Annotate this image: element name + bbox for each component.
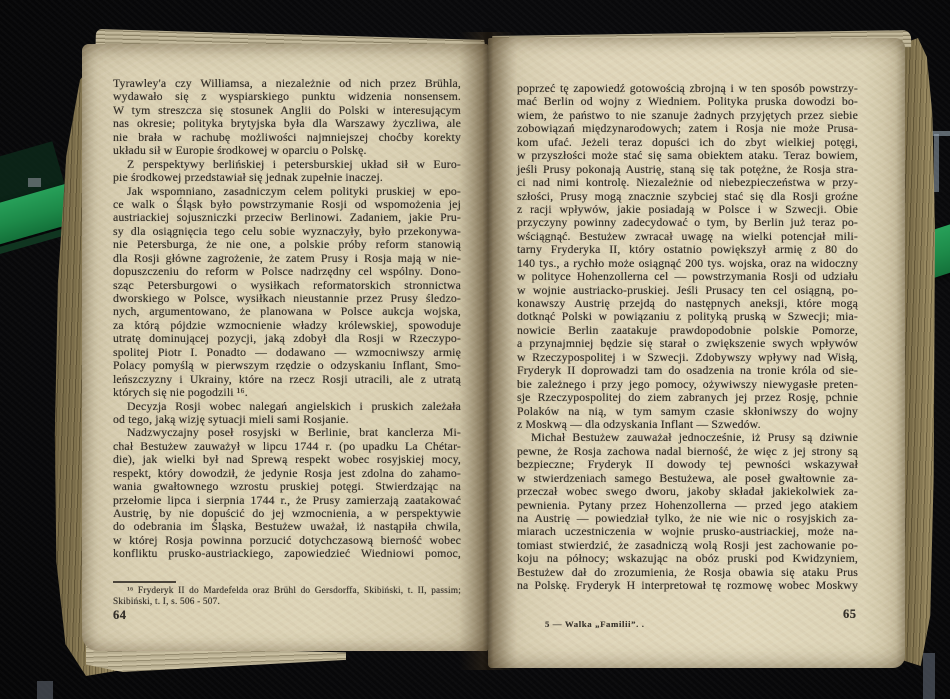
gray-frame-line-vertical [934,134,939,192]
text-line: pewne, że Rosja zachowa nadal bierność, … [517,445,858,458]
text-line: przełomie lipca i sierpnia 1744 r., że P… [113,494,461,507]
text-line: w przyszłości może stać się sama obiekte… [517,149,858,162]
text-line: pie środkowej przedstawiał się jednak zu… [113,171,461,184]
text-line: wiem, że państwo to nie szanuje żadnych … [517,109,858,122]
text-line: chał Bestużew zauważył w lipcu 1744 r. (… [113,440,461,453]
text-line: Jak wspomniano, zasadniczym celem polity… [113,185,461,198]
text-line: których się nie pogodzili ¹⁶. [113,386,461,399]
text-line: kom ufać. Jeżeli teraz dopuści ich do zb… [517,136,858,149]
text-line: pewnienia. Pytany przez Hohenzollerna — … [517,499,858,512]
text-line: w stwierdzeniach samego Bestużewa, ale p… [517,472,858,485]
text-line: W tym streszcza się stosunek Anglii do P… [113,104,461,117]
text-line: Z perspektywy berlińskiej i petersburski… [113,158,461,171]
text-line: konawszy Austrię przejdą do następnych a… [517,297,858,310]
fanned-page-edges-right [901,38,935,666]
text-line: konfliktu prusko-austriackiego, zapowied… [113,547,461,560]
text-line: bezpieczne; Fryderyk II dowody tej pewno… [517,458,858,471]
text-line: Michał Bestużew zauważał jednocześnie, i… [517,431,858,444]
page-number-right: 65 [843,607,857,622]
text-line: dworskiego w Polsce, wysiłkach nieustann… [113,292,461,305]
gray-mark-bottom-left [37,681,53,699]
page-number-left: 64 [113,608,127,623]
text-line: przeczał wobec swego dworu, jakoby skład… [517,485,858,498]
text-line: w polityce Hohenzollerna cel — powstrzym… [517,270,858,283]
text-line: tomiast stwierdzić, że zasadniczą wolą R… [517,539,858,552]
text-line: wściągnąć. Bestużew zwracał uwagę na wie… [517,230,858,243]
text-line: miarach uczestniczenia w wojnie prusko-a… [517,525,858,538]
text-line: wania gwałtownego wzrostu pruskiej potęg… [113,480,461,493]
gray-mark-left [28,178,41,187]
text-line: nych, argumentowano, że planowana w Pols… [113,305,461,318]
text-line: Skibiński, t. I, s. 506 - 507. [113,597,461,608]
text-line: za którą pójdzie wzmocnienie władzy król… [113,319,461,332]
text-line: ce walk o Śląsk było powstrzymanie Rosji… [113,198,461,211]
text-line: tarny Fryderyka II, który ostatnio powię… [517,243,858,256]
text-line: ci nad nimi kontrolę. Niezależnie od nie… [517,176,858,189]
text-line: die), jak wielki był nad Sprewą respekt … [113,453,461,466]
text-line: przyczyny powinny zadecydować o tym, by … [517,216,858,229]
text-line: Polacy pomyślą w pierwszym rzędzie o odz… [113,359,461,372]
left-page-text: Tyrawley'a czy Williamsa, a niezależnie … [113,77,461,561]
text-line: na Austrię — powiedział tylko, że nie wi… [517,512,858,525]
text-line: sje Rzeczypospolitej do ziem zabranych j… [517,391,858,404]
text-line: sząc Petersburgowi o wysiłkach reformato… [113,279,461,292]
text-line: Nadzwyczajny poseł rosyjski w Berlinie, … [113,426,461,439]
text-line: 140 tys., a rychło może osiągnąć 200 tys… [517,257,858,270]
text-line: respekt, który dowodził, że jedynie Rosj… [113,467,461,480]
text-line: nie Petersburga, że nie one, a polskie p… [113,238,461,251]
text-line: w wojnie austriacko-pruskiej. Jeśli Prus… [517,284,858,297]
text-line: dopuszczeniu do reform w Polsce nadrzędn… [113,265,461,278]
text-line: spolitej Piotr I. Ponadto — dodawano — w… [113,346,461,359]
book-photo: Tyrawley'a czy Williamsa, a niezależnie … [0,0,950,699]
text-line: mać Berlin od wojny z Wiedniem. Polityka… [517,95,858,108]
text-line: utratę dominującej pozycji, jaką zdobył … [113,332,461,345]
text-line: leńszczyzny i Ukrainy, które na rzecz Ro… [113,373,461,386]
footnote: ¹⁶ Fryderyk II do Mardefelda oraz Brühl … [113,586,461,608]
text-line: w Rzeczypospolitej i w Szwecji. Zdobywsz… [517,351,858,364]
text-line: na Polskę. Fryderyk H interpretował tę r… [517,579,858,592]
text-line: bie zależnego i przy jego pomocy, ożywiw… [517,378,858,391]
text-line: a przynajmniej będzie się starał o zwięk… [517,337,858,350]
right-page-text: poprzeć tę zapowiedź gotowością zbrojną … [517,82,858,593]
printers-signature: 5 — Walka „Familii”. . [545,619,645,629]
text-line: układu sił w Europie środkowej w oparciu… [113,144,461,157]
text-line: Bestużew dał do zrozumienia, że Rosja ob… [517,566,858,579]
footnote-rule [113,581,176,583]
text-line: nie brała w rachubę możliwości najmniejs… [113,131,461,144]
text-line: dotknąć Polski w powiązaniu z polityką p… [517,310,858,323]
text-line: Tyrawley'a czy Williamsa, a niezależnie … [113,77,461,90]
text-line: wydawało się z wyspiarskiego punktu widz… [113,90,461,103]
text-line: Decyzja Rosji wobec nalegań angielskich … [113,400,461,413]
text-line: jeśli Prusy pokonają Austrię, staną się … [517,163,858,176]
text-line: koju na północy; wskazując na obóz prusk… [517,552,858,565]
text-line: ¹⁶ Fryderyk II do Mardefelda oraz Brühl … [113,586,461,597]
text-line: poprzeć tę zapowiedź gotowością zbrojną … [517,82,858,95]
text-line: sy dla osiągnięcia tego celu sobie wyzna… [113,225,461,238]
text-line: Polaków na nią, w tym samym czasie skłon… [517,405,858,418]
text-line: zobowiązań międzynarodowych; zatem i Ros… [517,122,858,135]
text-line: nowicie Berlin zaatakuje prawdopodobnie … [517,324,858,337]
text-line: Fryderyk II doprowadzi tam do osadzenia … [517,364,858,377]
text-line: w której Rosja powinna porzucić dotychcz… [113,534,461,547]
text-line: dla Rosji główne zagrożenie, że zatem Pr… [113,252,461,265]
text-line: do odebrania im Śląska, Bestużew uważał,… [113,520,461,533]
text-line: z racji wpływów, jakie posiadają w Polsc… [517,203,858,216]
gray-mark-bottom-right [923,653,935,699]
text-line: szłości, Prusy mogą znacznie szybciej st… [517,190,858,203]
text-line: od tego, jaką wizję sytuacji mieli sami … [113,413,461,426]
text-line: austriackiej sojuszniczki przeciw Berlin… [113,211,461,224]
text-line: z Moskwą — dla odzyskania Inflant — Szwe… [517,418,858,431]
text-line: nas okresie; polityka brytyjska była dla… [113,117,461,130]
